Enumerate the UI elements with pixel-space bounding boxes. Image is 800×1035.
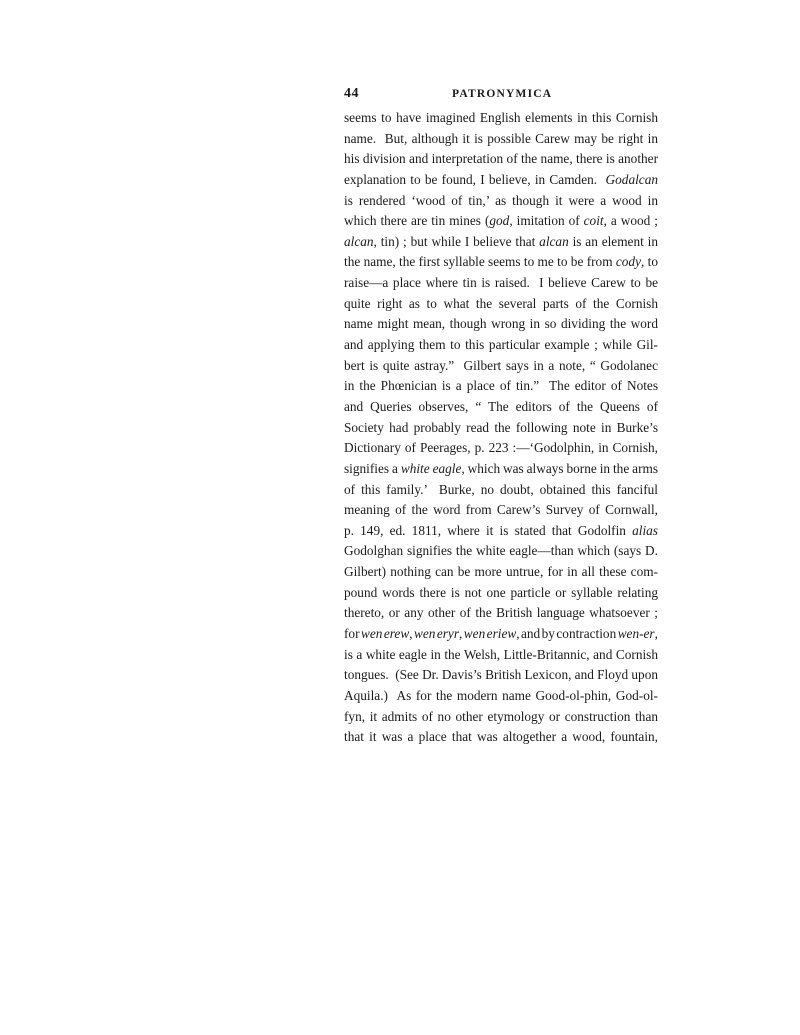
text-segment: Godolghan signifies the white eagle—than…	[344, 543, 658, 558]
text-line: p. 149, ed. 1811, where it is stated tha…	[344, 521, 658, 542]
italic-text: alias	[632, 523, 658, 538]
text-line: quite right as to what the several parts…	[344, 294, 658, 315]
text-line: is a white eagle in the Welsh, Little-Br…	[344, 645, 658, 666]
text-segment: that it was a place that was altogether …	[344, 729, 658, 744]
text-line: Society had probably read the following …	[344, 418, 658, 439]
text-segment: , and by contraction	[516, 626, 617, 641]
text-segment: Dictionary of Peerages, p. 223 :—‘Godolp…	[344, 440, 658, 455]
text-segment: for	[344, 626, 361, 641]
text-segment: and applying them to this particular exa…	[344, 337, 658, 352]
text-segment: , a wood ;	[604, 213, 658, 228]
text-segment: pound words there is not one particle or…	[344, 585, 658, 600]
italic-text: god	[489, 213, 509, 228]
text-segment: Society had probably read the following …	[344, 420, 658, 435]
page-number: 44	[344, 86, 359, 102]
text-segment: raise—a place where tin is raised. I bel…	[344, 275, 658, 290]
italic-text: wen erew	[361, 626, 409, 641]
text-segment: , imitation of	[509, 213, 583, 228]
text-segment: , tin) ; but while I believe that	[374, 234, 540, 249]
text-line: for wen erew, wen eryr, wen eriew, and b…	[344, 624, 658, 645]
text-line: signifies a white eagle, which was alway…	[344, 459, 658, 480]
text-segment: which there are tin mines (	[344, 213, 489, 228]
text-line: meaning of the word from Carew’s Survey …	[344, 500, 658, 521]
text-line: the name, the first syllable seems to me…	[344, 252, 658, 273]
text-segment: and Queries observes, “ The editors of t…	[344, 399, 658, 414]
italic-text: coit	[584, 213, 604, 228]
text-line: which there are tin mines (god, imitatio…	[344, 211, 658, 232]
text-line: Dictionary of Peerages, p. 223 :—‘Godolp…	[344, 438, 658, 459]
text-line: Godolghan signifies the white eagle—than…	[344, 541, 658, 562]
text-segment: , which was always borne in the arms	[461, 461, 658, 476]
text-segment: the name, the first syllable seems to me…	[344, 254, 616, 269]
text-segment: of this family.’ Burke, no doubt, obtain…	[344, 482, 658, 497]
text-line: in the Phœnician is a place of tin.” The…	[344, 376, 658, 397]
text-line: name. But, although it is possible Carew…	[344, 129, 658, 150]
text-segment: bert is quite astray.” Gilbert says in a…	[344, 358, 658, 373]
running-title: PATRONYMICA	[452, 88, 552, 100]
text-segment: , to	[641, 254, 658, 269]
text-line: Gilbert) nothing can be more untrue, for…	[344, 562, 658, 583]
text-line: Aquila.) As for the modern name Good-ol-…	[344, 686, 658, 707]
page-header: 44 PATRONYMICA	[344, 86, 658, 106]
text-line: seems to have imagined English elements …	[344, 108, 658, 129]
text-segment: fyn, it admits of no other etymology or …	[344, 709, 658, 724]
text-segment: signifies a	[344, 461, 401, 476]
text-line: is rendered ‘wood of tin,’ as though it …	[344, 191, 658, 212]
text-segment: in the Phœnician is a place of tin.” The…	[344, 378, 658, 393]
text-segment: ,	[655, 626, 658, 641]
text-line: fyn, it admits of no other etymology or …	[344, 707, 658, 728]
text-line: pound words there is not one particle or…	[344, 583, 658, 604]
text-line: raise—a place where tin is raised. I bel…	[344, 273, 658, 294]
text-segment: p. 149, ed. 1811, where it is stated tha…	[344, 523, 632, 538]
text-line: thereto, or any other of the British lan…	[344, 603, 658, 624]
text-segment: his division and interpretation of the n…	[344, 151, 658, 166]
text-line: explanation to be found, I believe, in C…	[344, 170, 658, 191]
text-line: name might mean, though wrong in so divi…	[344, 314, 658, 335]
text-segment: is rendered ‘wood of tin,’ as though it …	[344, 193, 658, 208]
text-segment: Gilbert) nothing can be more untrue, for…	[344, 564, 658, 579]
text-segment: name might mean, though wrong in so divi…	[344, 316, 658, 331]
text-line: and applying them to this particular exa…	[344, 335, 658, 356]
text-line: bert is quite astray.” Gilbert says in a…	[344, 356, 658, 377]
body-text: seems to have imagined English elements …	[344, 108, 658, 748]
text-line: tongues. (See Dr. Davis’s British Lexico…	[344, 665, 658, 686]
italic-text: cody	[616, 254, 641, 269]
text-line: and Queries observes, “ The editors of t…	[344, 397, 658, 418]
text-segment: name. But, although it is possible Carew…	[344, 131, 658, 146]
italic-text: white eagle	[401, 461, 462, 476]
text-line: his division and interpretation of the n…	[344, 149, 658, 170]
italic-text: wen eriew	[464, 626, 516, 641]
text-line: alcan, tin) ; but while I believe that a…	[344, 232, 658, 253]
text-segment: explanation to be found, I believe, in C…	[344, 172, 606, 187]
text-segment: Aquila.) As for the modern name Good-ol-…	[344, 688, 658, 703]
text-segment: seems to have imagined English elements …	[344, 110, 658, 125]
text-line: of this family.’ Burke, no doubt, obtain…	[344, 480, 658, 501]
italic-text: wen-er	[618, 626, 655, 641]
italic-text: Godalcan	[606, 172, 658, 187]
text-segment: quite right as to what the several parts…	[344, 296, 658, 311]
italic-text: alcan	[344, 234, 374, 249]
text-segment: tongues. (See Dr. Davis’s British Lexico…	[344, 667, 658, 682]
text-segment: meaning of the word from Carew’s Survey …	[344, 502, 658, 517]
text-line: that it was a place that was altogether …	[344, 727, 658, 748]
italic-text: wen eryr	[414, 626, 459, 641]
text-segment: thereto, or any other of the British lan…	[344, 605, 658, 620]
italic-text: alcan	[539, 234, 569, 249]
text-segment: is a white eagle in the Welsh, Little-Br…	[344, 647, 658, 662]
text-segment: is an element in	[569, 234, 658, 249]
